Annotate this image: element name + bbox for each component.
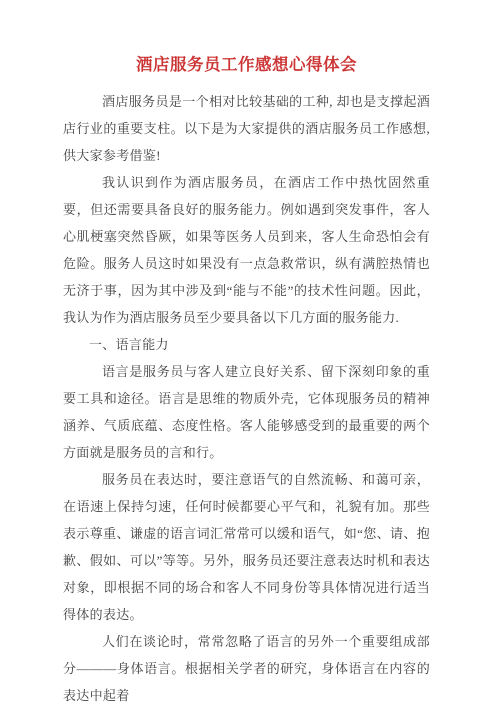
paragraph-expression: 服务员在表达时，要注意语气的自然流畅、和蔼可亲，在语速上保持匀速，任何时候都要心… <box>63 466 430 628</box>
section-heading-language-ability: 一、语言能力 <box>63 331 430 358</box>
paragraph-intro: 酒店服务员是一个相对比较基础的工种, 却也是支撑起酒店行业的重要支柱。以下是为大… <box>63 88 430 169</box>
paragraph-language-tool: 语言是服务员与客人建立良好关系、留下深刻印象的重要工具和途径。语言是思维的物质外… <box>63 358 430 466</box>
paragraph-service-ability: 我认识到作为酒店服务员，在酒店工作中热忱固然重要，但还需要具备良好的服务能力。例… <box>63 169 430 331</box>
paragraph-body-language: 人们在谈论时，常常忽略了语言的另外一个重要组成部分———身体语言。根据相关学者的… <box>63 628 430 707</box>
document-page: 酒店服务员工作感想心得体会 酒店服务员是一个相对比较基础的工种, 却也是支撑起酒… <box>0 0 500 707</box>
document-title: 酒店服务员工作感想心得体会 <box>63 51 430 78</box>
